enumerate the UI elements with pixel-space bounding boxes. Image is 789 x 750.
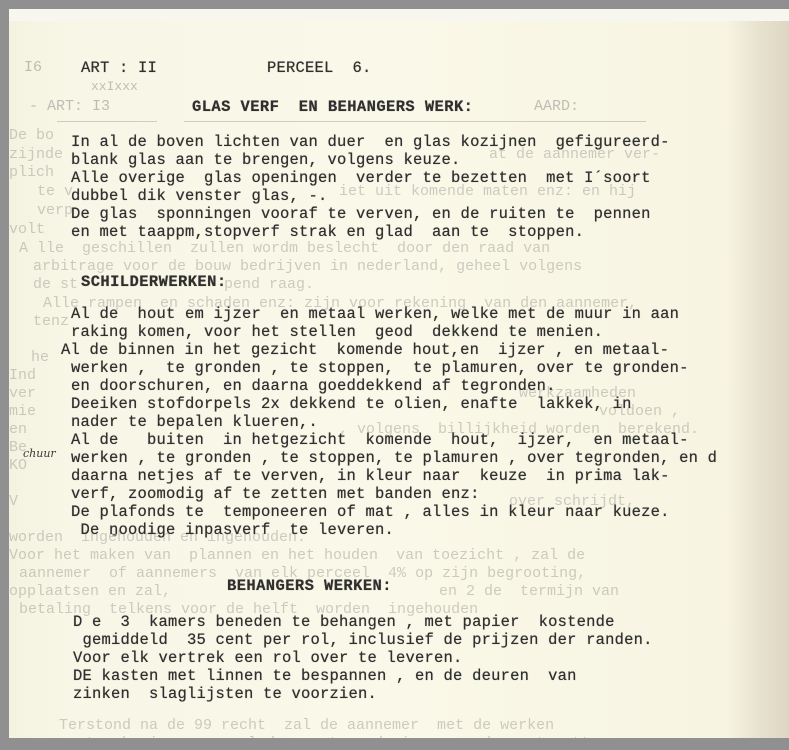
schilder-line-13: De noodige inpasverf te leveren. — [71, 521, 394, 539]
schilder-line-3: Al de binnen in het gezicht komende hout… — [61, 341, 669, 359]
faint-underline — [184, 121, 646, 122]
behangers-heading: BEHANGERS WERKEN: — [227, 577, 392, 595]
schilderwerken-heading: SCHILDERWERKEN: — [81, 273, 227, 291]
bleed-through-line: Voor het maken van plannen en het houden… — [9, 547, 585, 564]
bleed-through-line: mie — [9, 403, 36, 420]
scanned-document-page: De bo zijnde at de aannemer ver- plich t… — [9, 9, 789, 738]
bleed-through-line: plich — [9, 164, 54, 181]
bleed-through-line: Terstond na de 99 recht zal de aannemer … — [59, 717, 554, 734]
behangers-line-5: zinken slaglijsten te voorzien. — [73, 685, 377, 703]
bleed-through-line: Ind — [9, 367, 36, 384]
schilder-line-9: werken , te gronden , te stoppen, te pla… — [71, 449, 717, 467]
behangers-line-3: Voor elk vertrek een rol over te leveren… — [73, 649, 463, 667]
bleed-through-line: moeten beginnen en zal deze met zoodanig… — [59, 735, 608, 738]
bleed-through-line: De bo — [9, 127, 54, 144]
schilder-line-6: Deeiken stofdorpels 2x dekkend te olien,… — [71, 395, 632, 413]
glas-line-5: De glas sponningen vooraf te verven, en … — [71, 205, 651, 223]
schilder-line-4: werken , te gronden , te stoppen, te pla… — [71, 359, 689, 377]
schilder-line-2: raking komen, voor het stellen geod dekk… — [71, 323, 603, 341]
bleed-through-line: pend raag. — [224, 276, 314, 293]
bleed-through-line: te v — [37, 183, 73, 200]
crossed-out-text: xxIxxx — [91, 79, 138, 94]
glas-line-6: en met taappm,stopverf strak en glad aan… — [71, 223, 584, 241]
bleed-through-line: zijnde — [9, 146, 63, 163]
bleed-through-line: V — [9, 493, 18, 510]
behangers-line-4: DE kasten met linnen te bespannen , en d… — [73, 667, 577, 685]
article-label: ART : II — [81, 59, 157, 77]
behangers-line-2: gemiddeld 35 cent per rol, inclusief de … — [73, 631, 653, 649]
handwritten-margin-note: chuur — [23, 447, 56, 460]
faint-underline — [57, 121, 157, 122]
bleed-through-line: de st — [33, 276, 78, 293]
perceel-label: PERCEEL 6. — [267, 59, 372, 77]
bleed-through-line: ver — [9, 385, 36, 402]
schilder-line-11: verf, zoomodig af te zetten met banden e… — [71, 485, 480, 503]
glas-line-1: In al de boven lichten van duer en glas … — [71, 133, 670, 151]
bleed-through-line: verp — [37, 202, 73, 219]
schilder-line-1: Al de hout em ijzer en metaal werken, we… — [71, 305, 679, 323]
bleed-through-line: tenz — [33, 313, 69, 330]
faint-article-label: - ART: I3 — [29, 98, 110, 115]
schilder-line-5: en doorschuren, en daarna goeddekkend af… — [71, 377, 556, 395]
faint-title-tail: AARD: — [534, 98, 579, 115]
bleed-through-line: volt — [9, 221, 45, 238]
faint-page-number: I6 — [24, 59, 42, 76]
viewer-frame: De bo zijnde at de aannemer ver- plich t… — [0, 0, 789, 750]
bleed-through-line: he — [31, 349, 49, 366]
glas-line-4: dubbel dik venster glas, -. — [71, 187, 328, 205]
glas-line-3: Alle overige glas openingen verder te be… — [71, 169, 651, 187]
bleed-through-line: A lle geschillen zullen wordm beslecht d… — [19, 240, 550, 257]
bleed-through-line: en 2 de termijn van — [439, 583, 619, 600]
schilder-line-8: Al de buiten in hetgezicht komende hout,… — [71, 431, 689, 449]
schilder-line-7: nader te bepalen klueren,. — [71, 413, 318, 431]
schilder-line-12: De plafonds te temponeeren of mat , alle… — [71, 503, 670, 521]
behangers-line-1: D e 3 kamers beneden te behangen , met p… — [73, 613, 615, 631]
glas-line-2: blank glas aan te brengen, volgens keuze… — [71, 151, 461, 169]
schilder-line-10: daarna netjes af te verven, in kleur naa… — [71, 467, 670, 485]
bleed-through-line: opplaatsen en zal, — [9, 583, 171, 600]
bleed-through-line: en — [9, 421, 27, 438]
document-title: GLAS VERF EN BEHANGERS WERK: — [192, 98, 473, 116]
typed-dash: - — [110, 527, 119, 544]
